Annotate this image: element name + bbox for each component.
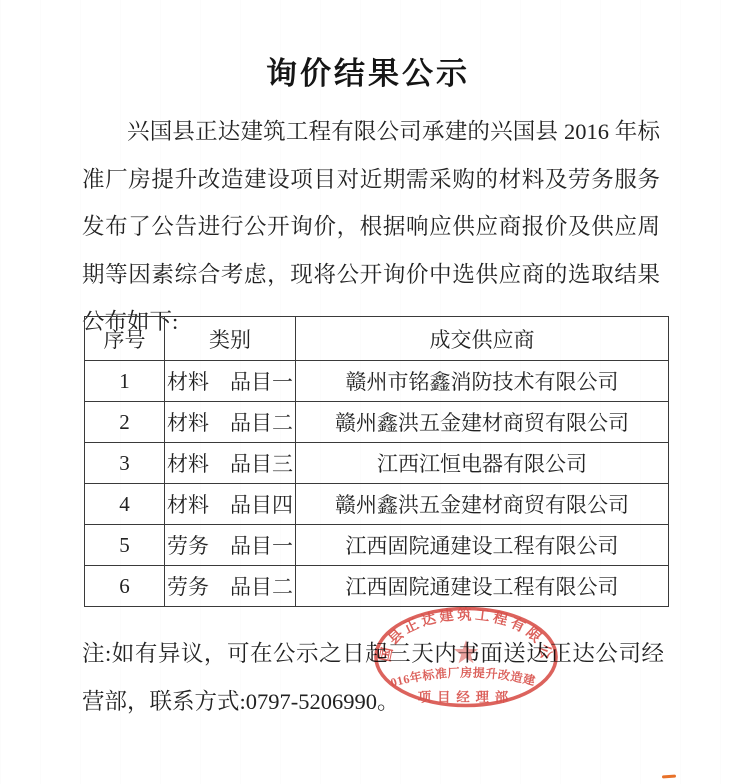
- cell-serial: 5: [85, 525, 165, 566]
- cell-serial: 6: [85, 566, 165, 607]
- table-row: 5 劳务 品目一 江西固院通建设工程有限公司: [85, 525, 669, 566]
- seal-department-line: 项目经理部: [418, 689, 514, 705]
- cell-supplier: 江西固院通建设工程有限公司: [296, 525, 669, 566]
- table-row: 4 材料 品目四 赣州鑫洪五金建材商贸有限公司: [85, 484, 669, 525]
- cell-supplier: 江西江恒电器有限公司: [296, 443, 669, 484]
- results-table: 序号 类别 成交供应商 1 材料 品目一 赣州市铭鑫消防技术有限公司 2 材料 …: [84, 316, 669, 607]
- cell-category: 劳务 品目二: [165, 566, 296, 607]
- document-page: 询价结果公示 兴国县正达建筑工程有限公司承建的兴国县 2016 年标准厂房提升改…: [0, 0, 736, 784]
- header-supplier: 成交供应商: [296, 317, 669, 361]
- header-serial-number: 序号: [85, 317, 165, 361]
- header-category: 类别: [165, 317, 296, 361]
- cell-serial: 4: [85, 484, 165, 525]
- pen-mark: [662, 775, 676, 779]
- seal-star-icon: [454, 640, 479, 663]
- cell-category: 材料 品目四: [165, 484, 296, 525]
- cell-category: 材料 品目一: [165, 361, 296, 402]
- table-row: 3 材料 品目三 江西江恒电器有限公司: [85, 443, 669, 484]
- cell-category: 劳务 品目一: [165, 525, 296, 566]
- cell-serial: 1: [85, 361, 165, 402]
- cell-category: 材料 品目三: [165, 443, 296, 484]
- cell-supplier: 赣州鑫洪五金建材商贸有限公司: [296, 484, 669, 525]
- company-seal: 兴国县正达建筑工程有限公司 2016年标准厂房提升改造建设 项目经理部: [372, 604, 560, 710]
- cell-supplier: 赣州鑫洪五金建材商贸有限公司: [296, 402, 669, 443]
- table-row: 6 劳务 品目二 江西固院通建设工程有限公司: [85, 566, 669, 607]
- cell-category: 材料 品目二: [165, 402, 296, 443]
- cell-supplier: 江西固院通建设工程有限公司: [296, 566, 669, 607]
- cell-serial: 2: [85, 402, 165, 443]
- table-row: 1 材料 品目一 赣州市铭鑫消防技术有限公司: [85, 361, 669, 402]
- table-row: 2 材料 品目二 赣州鑫洪五金建材商贸有限公司: [85, 402, 669, 443]
- intro-paragraph: 兴国县正达建筑工程有限公司承建的兴国县 2016 年标准厂房提升改造建设项目对近…: [82, 108, 660, 346]
- page-title: 询价结果公示: [0, 48, 736, 93]
- table-header-row: 序号 类别 成交供应商: [85, 317, 669, 361]
- cell-serial: 3: [85, 443, 165, 484]
- cell-supplier: 赣州市铭鑫消防技术有限公司: [296, 361, 669, 402]
